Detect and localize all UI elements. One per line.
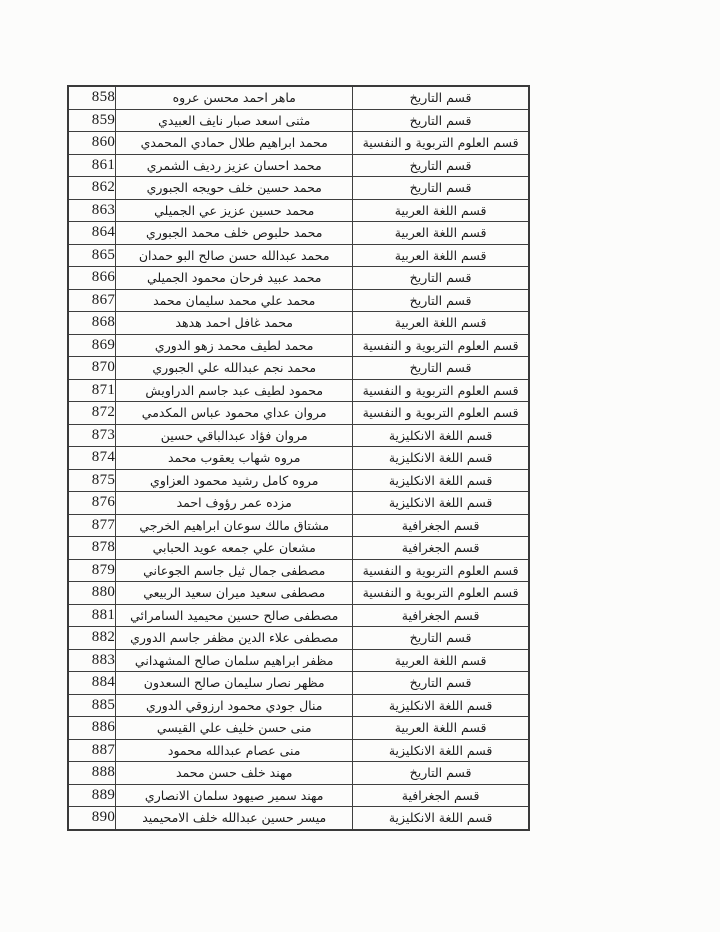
staff-roster-table: 858 ماهر احمد محسن عروه قسم التاريخ 859 … bbox=[67, 85, 530, 831]
person-name-cell: محمد عبيد فرحان محمود الجميلي bbox=[116, 267, 353, 290]
department-cell: قسم اللغة الانكليزية bbox=[353, 469, 529, 492]
department-cell: قسم الجغرافية bbox=[353, 537, 529, 560]
row-number-cell: 883 bbox=[68, 649, 116, 672]
department-cell: قسم العلوم التربوية و النفسية bbox=[353, 132, 529, 155]
table-row: 860 محمد ابراهيم طلال حمادي المحمدي قسم … bbox=[68, 132, 529, 155]
row-number-cell: 867 bbox=[68, 289, 116, 312]
row-number-cell: 878 bbox=[68, 537, 116, 560]
row-number-cell: 873 bbox=[68, 424, 116, 447]
department-cell: قسم اللغة الانكليزية bbox=[353, 694, 529, 717]
department-cell: قسم الجغرافية bbox=[353, 784, 529, 807]
person-name-cell: محمد لطيف محمد زهو الدوري bbox=[116, 334, 353, 357]
department-cell: قسم التاريخ bbox=[353, 289, 529, 312]
row-number-cell: 879 bbox=[68, 559, 116, 582]
person-name-cell: ميسر حسين عبدالله خلف الامحيميد bbox=[116, 807, 353, 830]
row-number-cell: 872 bbox=[68, 402, 116, 425]
table-row: 888 مهند خلف حسن محمد قسم التاريخ bbox=[68, 762, 529, 785]
person-name-cell: ماهر احمد محسن عروه bbox=[116, 86, 353, 109]
row-number-cell: 866 bbox=[68, 267, 116, 290]
table-row: 887 منى عصام عبدالله محمود قسم اللغة الا… bbox=[68, 739, 529, 762]
table-row: 873 مروان فؤاد عبدالباقي حسين قسم اللغة … bbox=[68, 424, 529, 447]
row-number-cell: 860 bbox=[68, 132, 116, 155]
person-name-cell: محمد نجم عبدالله علي الجبوري bbox=[116, 357, 353, 380]
table-row: 865 محمد عبدالله حسن صالح البو حمدان قسم… bbox=[68, 244, 529, 267]
person-name-cell: مروان فؤاد عبدالباقي حسين bbox=[116, 424, 353, 447]
table-row: 889 مهند سمير صيهود سلمان الانصاري قسم ا… bbox=[68, 784, 529, 807]
department-cell: قسم العلوم التربوية و النفسية bbox=[353, 402, 529, 425]
department-cell: قسم اللغة العربية bbox=[353, 244, 529, 267]
department-cell: قسم اللغة الانكليزية bbox=[353, 492, 529, 515]
person-name-cell: مشعان علي جمعه عويد الحبابي bbox=[116, 537, 353, 560]
department-cell: قسم العلوم التربوية و النفسية bbox=[353, 582, 529, 605]
table-row: 872 مروان عداي محمود عباس المكدمي قسم ال… bbox=[68, 402, 529, 425]
table-row: 861 محمد احسان عزيز رديف الشمري قسم التا… bbox=[68, 154, 529, 177]
department-cell: قسم اللغة العربية bbox=[353, 312, 529, 335]
table-row: 874 مروه شهاب يعقوب محمد قسم اللغة الانك… bbox=[68, 447, 529, 470]
row-number-cell: 875 bbox=[68, 469, 116, 492]
person-name-cell: مهند سمير صيهود سلمان الانصاري bbox=[116, 784, 353, 807]
department-cell: قسم التاريخ bbox=[353, 672, 529, 695]
row-number-cell: 881 bbox=[68, 604, 116, 627]
table-row: 871 محمود لطيف عبد جاسم الدراويش قسم الع… bbox=[68, 379, 529, 402]
department-cell: قسم اللغة الانكليزية bbox=[353, 739, 529, 762]
person-name-cell: منال جودي محمود ارزوقي الدوري bbox=[116, 694, 353, 717]
department-cell: قسم اللغة الانكليزية bbox=[353, 447, 529, 470]
row-number-cell: 861 bbox=[68, 154, 116, 177]
row-number-cell: 880 bbox=[68, 582, 116, 605]
table-row: 863 محمد حسين عزيز عي الجميلي قسم اللغة … bbox=[68, 199, 529, 222]
table-row: 879 مصطفى جمال ثيل جاسم الجوعاني قسم الع… bbox=[68, 559, 529, 582]
department-cell: قسم اللغة العربية bbox=[353, 717, 529, 740]
row-number-cell: 876 bbox=[68, 492, 116, 515]
department-cell: قسم اللغة العربية bbox=[353, 199, 529, 222]
table-row: 875 مروه كامل رشيد محمود العزاوي قسم الل… bbox=[68, 469, 529, 492]
table-row: 858 ماهر احمد محسن عروه قسم التاريخ bbox=[68, 86, 529, 109]
person-name-cell: محمد ابراهيم طلال حمادي المحمدي bbox=[116, 132, 353, 155]
row-number-cell: 877 bbox=[68, 514, 116, 537]
row-number-cell: 884 bbox=[68, 672, 116, 695]
department-cell: قسم العلوم التربوية و النفسية bbox=[353, 334, 529, 357]
person-name-cell: محمود لطيف عبد جاسم الدراويش bbox=[116, 379, 353, 402]
person-name-cell: محمد عبدالله حسن صالح البو حمدان bbox=[116, 244, 353, 267]
person-name-cell: مشتاق مالك سوعان ابراهيم الخرجي bbox=[116, 514, 353, 537]
person-name-cell: مصطفى علاء الدين مظفر جاسم الدوري bbox=[116, 627, 353, 650]
department-cell: قسم اللغة العربية bbox=[353, 649, 529, 672]
row-number-cell: 870 bbox=[68, 357, 116, 380]
table-row: 867 محمد علي محمد سليمان محمد قسم التاري… bbox=[68, 289, 529, 312]
person-name-cell: مزده عمر رؤوف احمد bbox=[116, 492, 353, 515]
table-row: 859 مثنى اسعد صبار نايف العبيدي قسم التا… bbox=[68, 109, 529, 132]
row-number-cell: 887 bbox=[68, 739, 116, 762]
person-name-cell: محمد حسين عزيز عي الجميلي bbox=[116, 199, 353, 222]
row-number-cell: 885 bbox=[68, 694, 116, 717]
row-number-cell: 868 bbox=[68, 312, 116, 335]
table-row: 870 محمد نجم عبدالله علي الجبوري قسم الت… bbox=[68, 357, 529, 380]
person-name-cell: مظهر نصار سليمان صالح السعدون bbox=[116, 672, 353, 695]
person-name-cell: محمد حلبوص خلف محمد الجبوري bbox=[116, 222, 353, 245]
person-name-cell: مظفر ابراهيم سلمان صالح المشهداني bbox=[116, 649, 353, 672]
person-name-cell: مروان عداي محمود عباس المكدمي bbox=[116, 402, 353, 425]
row-number-cell: 869 bbox=[68, 334, 116, 357]
person-name-cell: محمد حسين خلف حويجه الجبوري bbox=[116, 177, 353, 200]
table-row: 881 مصطفى صالح حسين محيميد السامرائي قسم… bbox=[68, 604, 529, 627]
row-number-cell: 888 bbox=[68, 762, 116, 785]
row-number-cell: 859 bbox=[68, 109, 116, 132]
department-cell: قسم الجغرافية bbox=[353, 514, 529, 537]
department-cell: قسم التاريخ bbox=[353, 86, 529, 109]
person-name-cell: مروه شهاب يعقوب محمد bbox=[116, 447, 353, 470]
table-row: 890 ميسر حسين عبدالله خلف الامحيميد قسم … bbox=[68, 807, 529, 830]
person-name-cell: مصطفى صالح حسين محيميد السامرائي bbox=[116, 604, 353, 627]
table-row: 883 مظفر ابراهيم سلمان صالح المشهداني قس… bbox=[68, 649, 529, 672]
department-cell: قسم العلوم التربوية و النفسية bbox=[353, 379, 529, 402]
row-number-cell: 864 bbox=[68, 222, 116, 245]
table-row: 885 منال جودي محمود ارزوقي الدوري قسم ال… bbox=[68, 694, 529, 717]
row-number-cell: 886 bbox=[68, 717, 116, 740]
person-name-cell: مروه كامل رشيد محمود العزاوي bbox=[116, 469, 353, 492]
row-number-cell: 889 bbox=[68, 784, 116, 807]
table-row: 877 مشتاق مالك سوعان ابراهيم الخرجي قسم … bbox=[68, 514, 529, 537]
person-name-cell: مصطفى جمال ثيل جاسم الجوعاني bbox=[116, 559, 353, 582]
roster-table-body: 858 ماهر احمد محسن عروه قسم التاريخ 859 … bbox=[68, 86, 529, 830]
table-row: 884 مظهر نصار سليمان صالح السعدون قسم ال… bbox=[68, 672, 529, 695]
table-row: 878 مشعان علي جمعه عويد الحبابي قسم الجغ… bbox=[68, 537, 529, 560]
department-cell: قسم اللغة الانكليزية bbox=[353, 807, 529, 830]
department-cell: قسم التاريخ bbox=[353, 762, 529, 785]
person-name-cell: مهند خلف حسن محمد bbox=[116, 762, 353, 785]
row-number-cell: 865 bbox=[68, 244, 116, 267]
person-name-cell: مصطفى سعيد ميران سعيد الربيعي bbox=[116, 582, 353, 605]
document-page: 858 ماهر احمد محسن عروه قسم التاريخ 859 … bbox=[0, 0, 720, 932]
department-cell: قسم الجغرافية bbox=[353, 604, 529, 627]
table-row: 866 محمد عبيد فرحان محمود الجميلي قسم ال… bbox=[68, 267, 529, 290]
row-number-cell: 858 bbox=[68, 86, 116, 109]
row-number-cell: 890 bbox=[68, 807, 116, 830]
row-number-cell: 863 bbox=[68, 199, 116, 222]
department-cell: قسم التاريخ bbox=[353, 109, 529, 132]
table-row: 862 محمد حسين خلف حويجه الجبوري قسم التا… bbox=[68, 177, 529, 200]
table-row: 864 محمد حلبوص خلف محمد الجبوري قسم اللغ… bbox=[68, 222, 529, 245]
row-number-cell: 871 bbox=[68, 379, 116, 402]
person-name-cell: محمد علي محمد سليمان محمد bbox=[116, 289, 353, 312]
department-cell: قسم التاريخ bbox=[353, 177, 529, 200]
table-row: 868 محمد غافل احمد هدهد قسم اللغة العربي… bbox=[68, 312, 529, 335]
department-cell: قسم العلوم التربوية و النفسية bbox=[353, 559, 529, 582]
row-number-cell: 882 bbox=[68, 627, 116, 650]
table-row: 869 محمد لطيف محمد زهو الدوري قسم العلوم… bbox=[68, 334, 529, 357]
department-cell: قسم التاريخ bbox=[353, 357, 529, 380]
person-name-cell: منى عصام عبدالله محمود bbox=[116, 739, 353, 762]
person-name-cell: مثنى اسعد صبار نايف العبيدي bbox=[116, 109, 353, 132]
department-cell: قسم اللغة الانكليزية bbox=[353, 424, 529, 447]
person-name-cell: محمد احسان عزيز رديف الشمري bbox=[116, 154, 353, 177]
row-number-cell: 862 bbox=[68, 177, 116, 200]
table-row: 886 منى حسن خليف علي القيسي قسم اللغة ال… bbox=[68, 717, 529, 740]
person-name-cell: منى حسن خليف علي القيسي bbox=[116, 717, 353, 740]
table-row: 882 مصطفى علاء الدين مظفر جاسم الدوري قس… bbox=[68, 627, 529, 650]
department-cell: قسم اللغة العربية bbox=[353, 222, 529, 245]
table-row: 876 مزده عمر رؤوف احمد قسم اللغة الانكلي… bbox=[68, 492, 529, 515]
department-cell: قسم التاريخ bbox=[353, 627, 529, 650]
person-name-cell: محمد غافل احمد هدهد bbox=[116, 312, 353, 335]
row-number-cell: 874 bbox=[68, 447, 116, 470]
department-cell: قسم التاريخ bbox=[353, 154, 529, 177]
department-cell: قسم التاريخ bbox=[353, 267, 529, 290]
table-row: 880 مصطفى سعيد ميران سعيد الربيعي قسم ال… bbox=[68, 582, 529, 605]
